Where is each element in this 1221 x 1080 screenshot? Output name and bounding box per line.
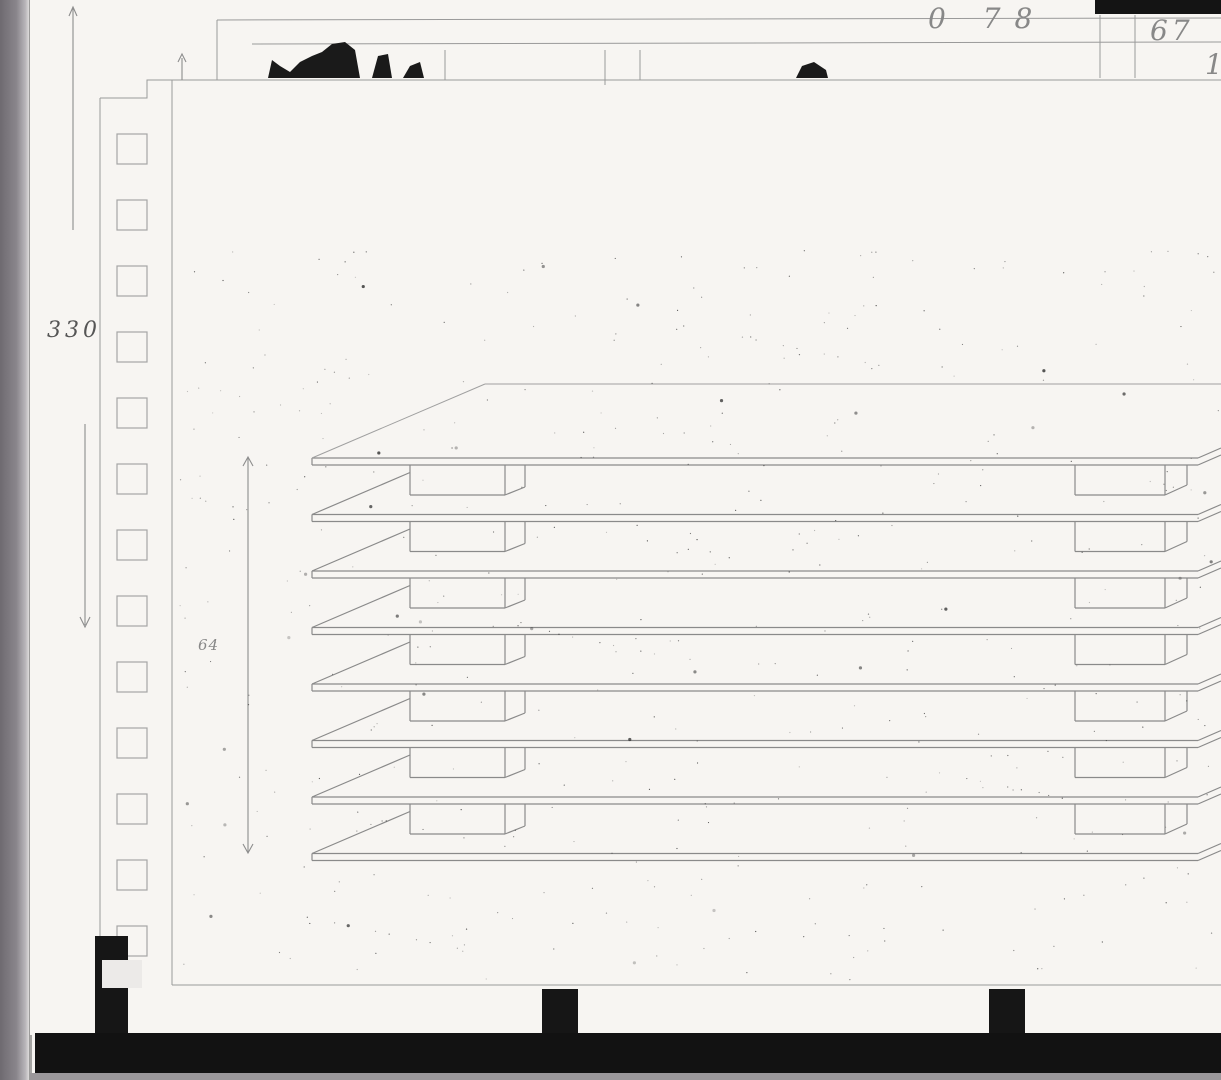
bottom-ink-band — [35, 1033, 1221, 1073]
perforation-marks — [117, 134, 147, 956]
corner-binding-notch — [102, 960, 142, 988]
dimension-label-top: 0 78 — [928, 2, 1046, 35]
bottom-tab-left — [542, 989, 578, 1037]
dimension-label-top-right: 67 — [1150, 14, 1194, 47]
shelf-drawing — [0, 0, 1221, 1080]
dimension-label-overall: 330 — [47, 318, 101, 343]
ink-blots — [268, 42, 828, 78]
dimension-label-top-right-extra: 1 — [1205, 48, 1221, 81]
scanner-bottom-strip — [30, 1073, 1221, 1080]
shelf-stack — [312, 448, 1221, 861]
bottom-tab-right — [989, 989, 1025, 1037]
scan-speckles — [180, 250, 1219, 980]
dimension-label-stack: 64 — [198, 636, 219, 654]
